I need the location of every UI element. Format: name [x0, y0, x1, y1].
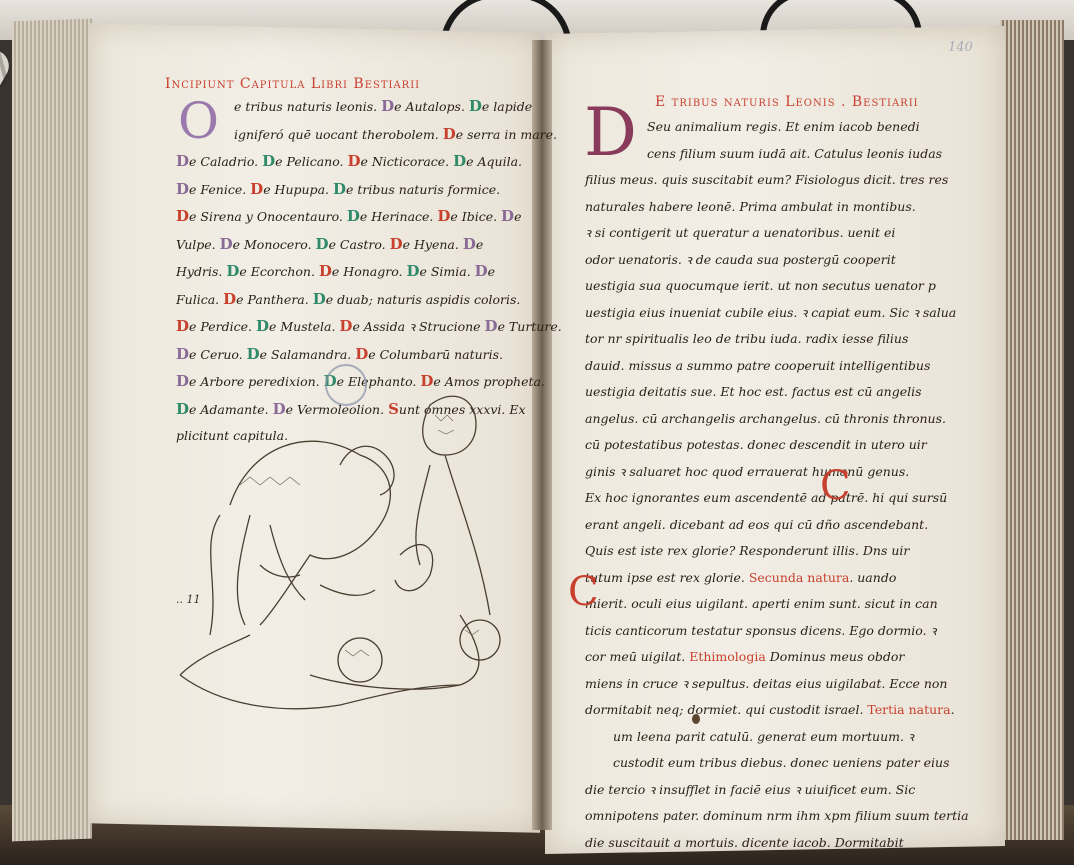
text-line: omnipotens pater. dominum nrm ihm xpm fi… — [585, 803, 969, 830]
colored-initial: D — [176, 207, 189, 225]
chapter-text: e Ecorchon. — [239, 264, 319, 279]
chapter-text: e Ceruo. — [189, 347, 247, 362]
colored-initial: D — [390, 235, 403, 253]
chapter-text: e Aquila. — [466, 154, 522, 169]
parchment-hole — [692, 714, 700, 724]
colored-initial: D — [475, 262, 488, 280]
text-line: odor uenatoris. ꝛ de cauda sua postergū … — [585, 247, 969, 274]
colored-initial: D — [316, 235, 329, 253]
colored-initial: D — [319, 262, 332, 280]
colored-initial: D — [250, 180, 263, 198]
chapter-line: e tribus naturis leonis. De Autalops. De… — [176, 93, 562, 121]
chapter-text: Fulica. — [176, 292, 223, 307]
colored-initial: D — [176, 180, 189, 198]
text-line: custodit eum tribus diebus. donec uenien… — [585, 750, 969, 777]
chapter-line: De Sirena y Onocentauro. De Herinace. De… — [176, 203, 562, 231]
colored-initial: D — [256, 317, 269, 335]
colored-initial: D — [501, 207, 514, 225]
chapter-text: e Turture. — [498, 319, 562, 334]
chapter-text: e Honagro. — [332, 264, 407, 279]
chapter-text: e — [476, 237, 483, 252]
text-line: cū potestatibus potestas. donec descendi… — [585, 432, 969, 459]
colored-initial: D — [223, 290, 236, 308]
chapter-text: e Columbarū naturis. — [368, 347, 503, 362]
colored-initial: D — [313, 290, 326, 308]
chapter-line: De Perdice. De Mustela. De Assida ꝛ Stru… — [176, 313, 562, 341]
text-line: um leena parit catulū. generat eum mortu… — [585, 724, 969, 751]
chapter-text: e Pelicano. — [275, 154, 347, 169]
folio-number: 140 — [948, 40, 973, 55]
text-line: die tercio ꝛ insufflet in faciē eius ꝛ u… — [585, 777, 969, 804]
lion-illustration — [160, 385, 530, 725]
chapter-text: e Hyena. — [403, 237, 463, 252]
right-page-heading: E tribus naturis Leonis . Bestiarii — [655, 94, 919, 110]
chapter-text: e — [488, 264, 495, 279]
colored-initial: D — [176, 152, 189, 170]
colored-initial: D — [381, 97, 394, 115]
colored-initial: D — [176, 317, 189, 335]
colored-initial: D — [453, 152, 466, 170]
colored-initial: D — [463, 235, 476, 253]
text-line: Quis est iste rex glorie? Responderunt i… — [585, 538, 969, 565]
chapter-text: e Ibice. — [450, 209, 501, 224]
text-line: uestigia eius inueniat cubile eius. ꝛ ca… — [585, 300, 969, 327]
colored-initial: D — [469, 97, 482, 115]
chapter-line: Vulpe. De Monocero. De Castro. De Hyena.… — [176, 231, 562, 259]
text-line: filius meus. quis suscitabit eum? Fisiol… — [585, 167, 969, 194]
chapter-text: e Hupupa. — [263, 182, 333, 197]
colored-initial: D — [226, 262, 239, 280]
rubric: Ethimologia — [689, 649, 766, 664]
colored-initial: D — [355, 345, 368, 363]
text-line: uestigia sua quocumque ierit. ut non sec… — [585, 273, 969, 300]
chapter-line: igniferó quē uocant therobolem. De serra… — [176, 121, 562, 149]
text-line: miens in cruce ꝛ sepultus. deitas eius u… — [585, 671, 969, 698]
chapter-text: e Sirena y Onocentauro. — [189, 209, 347, 224]
text-line: dormitabit neq; dormiet. qui custodit is… — [585, 697, 969, 724]
text-line: Seu animalium regis. Et enim iacob bened… — [585, 114, 969, 141]
text-line: uestigia deitatis sue. Et hoc est. factu… — [585, 379, 969, 406]
text-line: cens filium suum iudā ait. Catulus leoni… — [585, 141, 969, 168]
left-page-stack — [12, 19, 92, 842]
text-line: Ex hoc ignorantes eum ascendentē ad patr… — [585, 485, 969, 512]
colored-initial: D — [333, 180, 346, 198]
text-line: tor nr spiritualis leo de tribu iuda. ra… — [585, 326, 969, 353]
colored-initial: D — [339, 317, 352, 335]
chapter-text: e Castro. — [329, 237, 390, 252]
chapter-line: De Caladrio. De Pelicano. De Nicticorace… — [176, 148, 562, 176]
chapter-text: e Assida ꝛ Strucione — [352, 319, 484, 334]
colored-initial: D — [247, 345, 260, 363]
chapter-line: De Fenice. De Hupupa. De tribus naturis … — [176, 176, 562, 204]
text-line: die suscitauit a mortuis. dicente iacob.… — [585, 830, 969, 857]
colored-initial: D — [485, 317, 498, 335]
text-line: dauid. missus a summo patre cooperuit in… — [585, 353, 969, 380]
rubric: Tertia natura — [867, 702, 950, 717]
chapter-text: e — [514, 209, 521, 224]
colored-initial: D — [347, 207, 360, 225]
chapter-text: igniferó quē uocant therobolem. — [234, 127, 443, 142]
right-page-stack — [1000, 20, 1064, 840]
chapter-line: Hydris. De Ecorchon. De Honagro. De Simi… — [176, 258, 562, 286]
chapter-text: e Fenice. — [189, 182, 250, 197]
text-line: tutum ipse est rex glorie. Secunda natur… — [585, 565, 969, 592]
colored-initial: D — [176, 345, 189, 363]
colored-initial: D — [437, 207, 450, 225]
chapter-text: e Simia. — [419, 264, 474, 279]
chapter-text: e Nicticorace. — [361, 154, 454, 169]
chapter-text: e duab; naturis aspidis coloris. — [326, 292, 521, 307]
text-line: mierit. oculi eius uigilant. aperti enim… — [585, 591, 969, 618]
chapter-text: e Autalops. — [394, 99, 469, 114]
colored-initial: D — [443, 125, 456, 143]
chapter-text: e Monocero. — [233, 237, 316, 252]
colored-initial: D — [347, 152, 360, 170]
chapter-line: Fulica. De Panthera. De duab; naturis as… — [176, 286, 562, 314]
chapter-line: De Ceruo. De Salamandra. De Columbarū na… — [176, 341, 562, 369]
colored-initial: D — [406, 262, 419, 280]
chapter-text: Hydris. — [176, 264, 226, 279]
chapter-text: e Salamandra. — [260, 347, 356, 362]
chapter-text: Vulpe. — [176, 237, 220, 252]
text-line: ꝛ si contigerit ut queratur a uenatoribu… — [585, 220, 969, 247]
chapter-text: e tribus naturis leonis. — [234, 99, 381, 114]
colored-initial: D — [262, 152, 275, 170]
chapter-text: e Panthera. — [236, 292, 313, 307]
rubric: Secunda natura — [749, 570, 850, 585]
initial-c-tertia: C — [568, 572, 599, 612]
text-line: naturales habere leonē. Prima ambulat in… — [585, 194, 969, 221]
text-line: angelus. cū archangelis archangelus. cū … — [585, 406, 969, 433]
chapter-text: e Mustela. — [269, 319, 339, 334]
text-line: cor meū uigilat. Ethimologia Dominus meu… — [585, 644, 969, 671]
colored-initial: D — [220, 235, 233, 253]
left-page-heading: Incipiunt Capitula Libri Bestiarii — [165, 76, 420, 92]
chapter-text: e Caladrio. — [189, 154, 262, 169]
initial-c-secunda: C — [820, 466, 851, 506]
chapter-text: e tribus naturis formice. — [346, 182, 500, 197]
main-text: Seu animalium regis. Et enim iacob bened… — [585, 114, 969, 856]
chapter-text: e Herinace. — [360, 209, 438, 224]
chapter-text: e lapide — [482, 99, 532, 114]
text-line: ticis canticorum testatur sponsus dicens… — [585, 618, 969, 645]
chapter-text: e serra in mare. — [456, 127, 557, 142]
chapter-text: e Perdice. — [189, 319, 256, 334]
text-line: ginis ꝛ saluaret hoc quod errauerat huma… — [585, 459, 969, 486]
text-line: erant angeli. dicebant ad eos qui cū dño… — [585, 512, 969, 539]
